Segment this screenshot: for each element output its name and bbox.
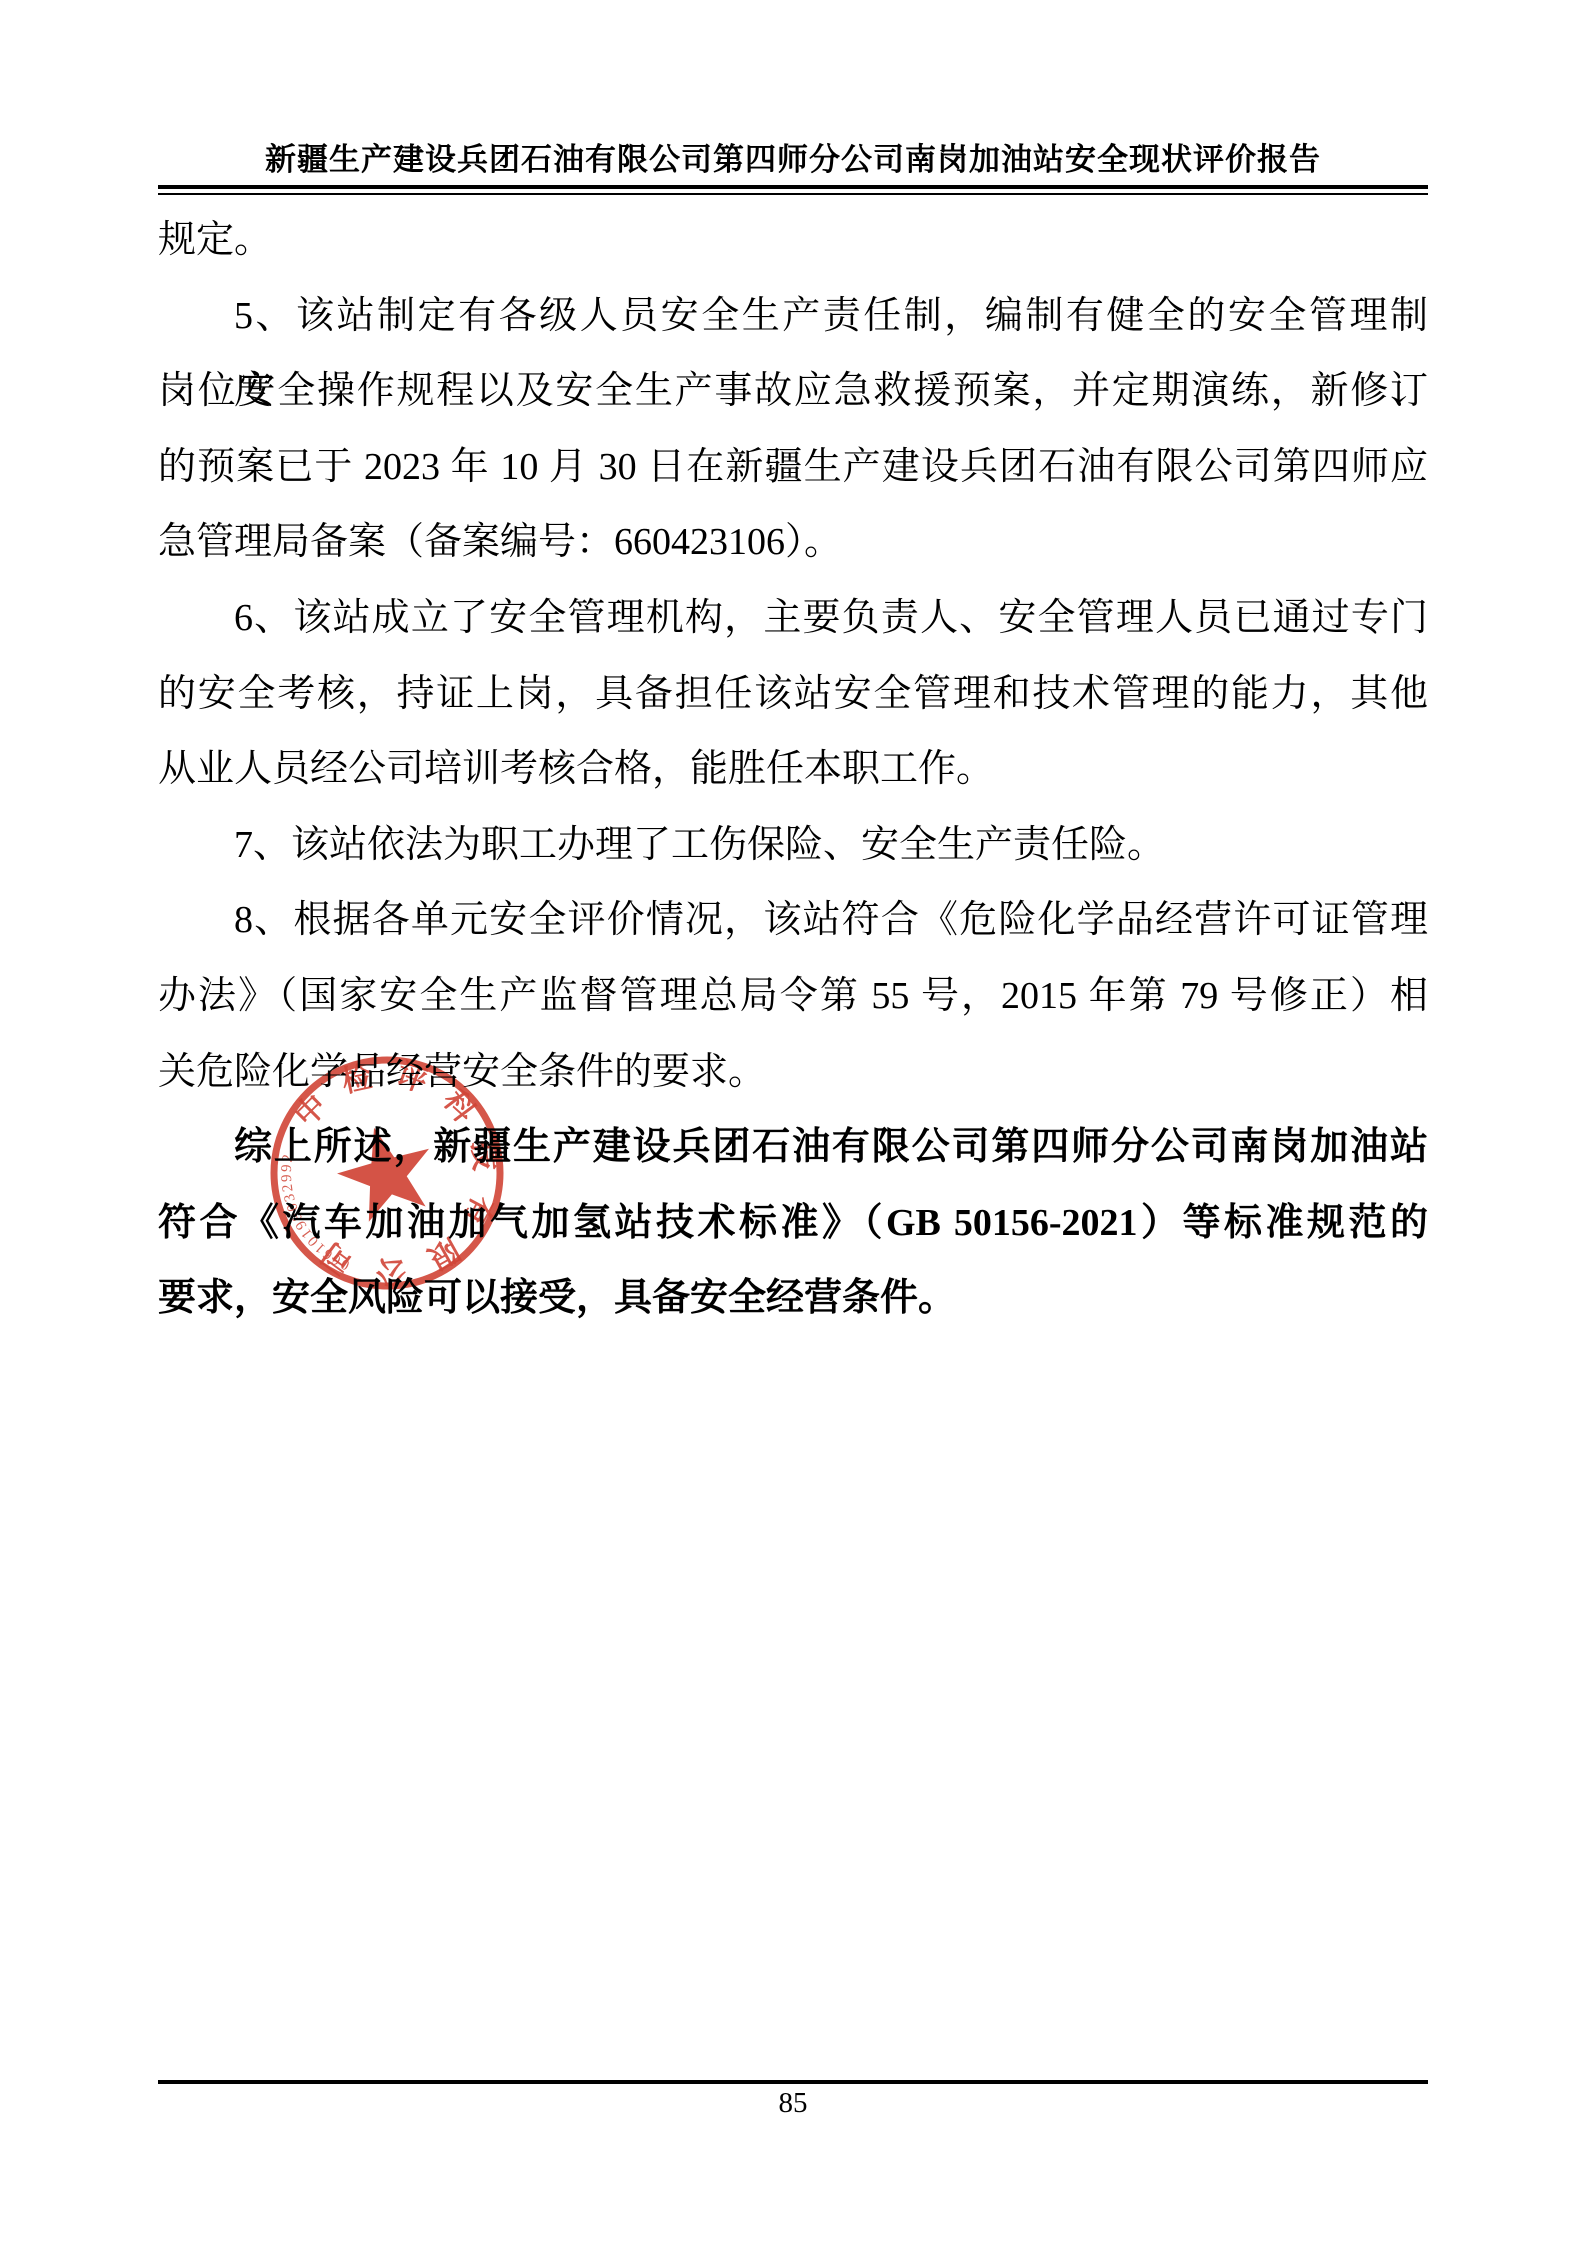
body-line: 6、该站成立了安全管理机构，主要负责人、安全管理人员已通过专门 [158,581,1428,657]
body-line: 急管理局备案（备案编号：660423106）。 [158,505,1428,581]
body-line: 规定。 [158,203,1428,279]
body-line: 7、该站依法为职工办理了工伤保险、安全生产责任险。 [158,808,1428,884]
document-page: 新疆生产建设兵团石油有限公司第四师分公司南岗加油站安全现状评价报告 规定。5、该… [0,0,1587,2245]
body-line: 的预案已于 2023 年 10 月 30 日在新疆生产建设兵团石油有限公司第四师… [158,430,1428,506]
body-line: 岗位安全操作规程以及安全生产事故应急救援预案，并定期演练，新修订 [158,354,1428,430]
body-line: 5、该站制定有各级人员安全生产责任制，编制有健全的安全管理制度、 [158,279,1428,355]
header-title: 新疆生产建设兵团石油有限公司第四师分公司南岗加油站安全现状评价报告 [158,138,1428,182]
body-line: 的安全考核，持证上岗，具备担任该站安全管理和技术管理的能力，其他 [158,657,1428,733]
page-number: 85 [779,2084,808,2122]
footer: 85 [158,2080,1428,2122]
seal-star-icon [328,1115,443,1226]
company-seal-stamp: 中检评科技有限公司 06610199032992 [260,1046,514,1300]
body-line: 从业人员经公司培训考核合格，能胜任本职工作。 [158,732,1428,808]
body-line: 办法》（国家安全生产监督管理总局令第 55 号，2015 年第 79 号修正）相 [158,959,1428,1035]
header-rule [158,185,1428,195]
body-line: 8、根据各单元安全评价情况，该站符合《危险化学品经营许可证管理 [158,883,1428,959]
